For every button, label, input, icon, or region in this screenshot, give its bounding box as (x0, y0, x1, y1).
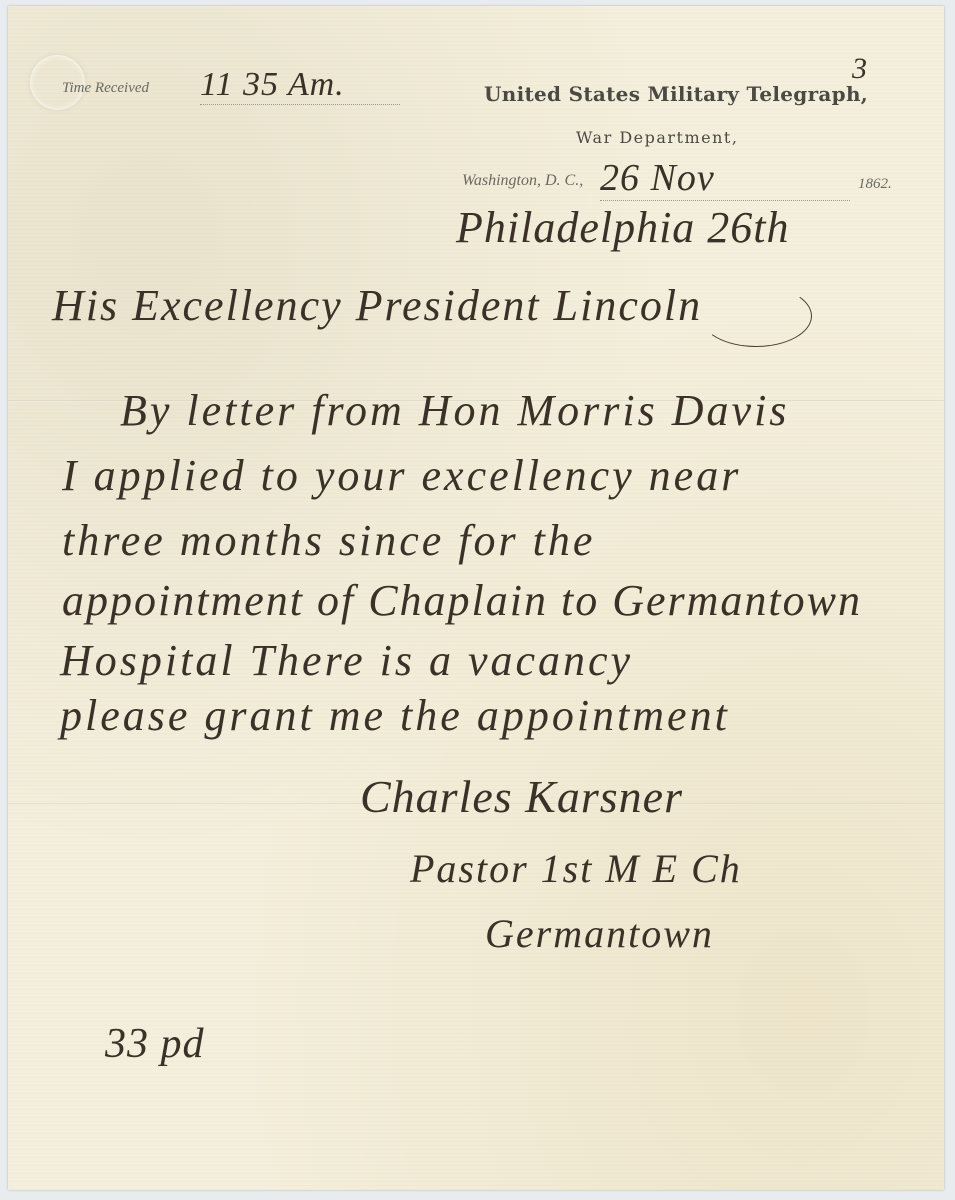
year: 1862. (858, 176, 892, 193)
salutation: His Excellency President Lincoln (52, 280, 702, 331)
body-line-1: By letter from Hon Morris Davis (120, 385, 789, 436)
circled-name-mark (700, 285, 812, 347)
body-line-2: I applied to your excellency near (62, 450, 741, 501)
place-label: Washington, D. C., (462, 172, 583, 190)
letterhead-title: United States Military Telegraph, (484, 82, 868, 106)
signature-name: Charles Karsner (360, 770, 683, 823)
time-received-label: Time Received (62, 80, 149, 97)
date-value: 26 Nov (600, 156, 850, 201)
body-line-3: three months since for the (62, 515, 595, 566)
page-number: 3 (852, 52, 868, 86)
time-received-value: 11 35 Am. (200, 66, 400, 105)
body-line-5: Hospital There is a vacancy (60, 635, 633, 686)
signature-title: Pastor 1st M E Ch (410, 845, 742, 892)
body-line-4: appointment of Chaplain to Germantown (62, 575, 862, 626)
footer-note: 33 pd (105, 1020, 205, 1068)
origin-line: Philadelphia 26th (456, 202, 790, 253)
body-line-6: please grant me the appointment (60, 690, 730, 741)
signature-place: Germantown (485, 910, 714, 957)
letterhead-department: War Department, (576, 128, 738, 147)
